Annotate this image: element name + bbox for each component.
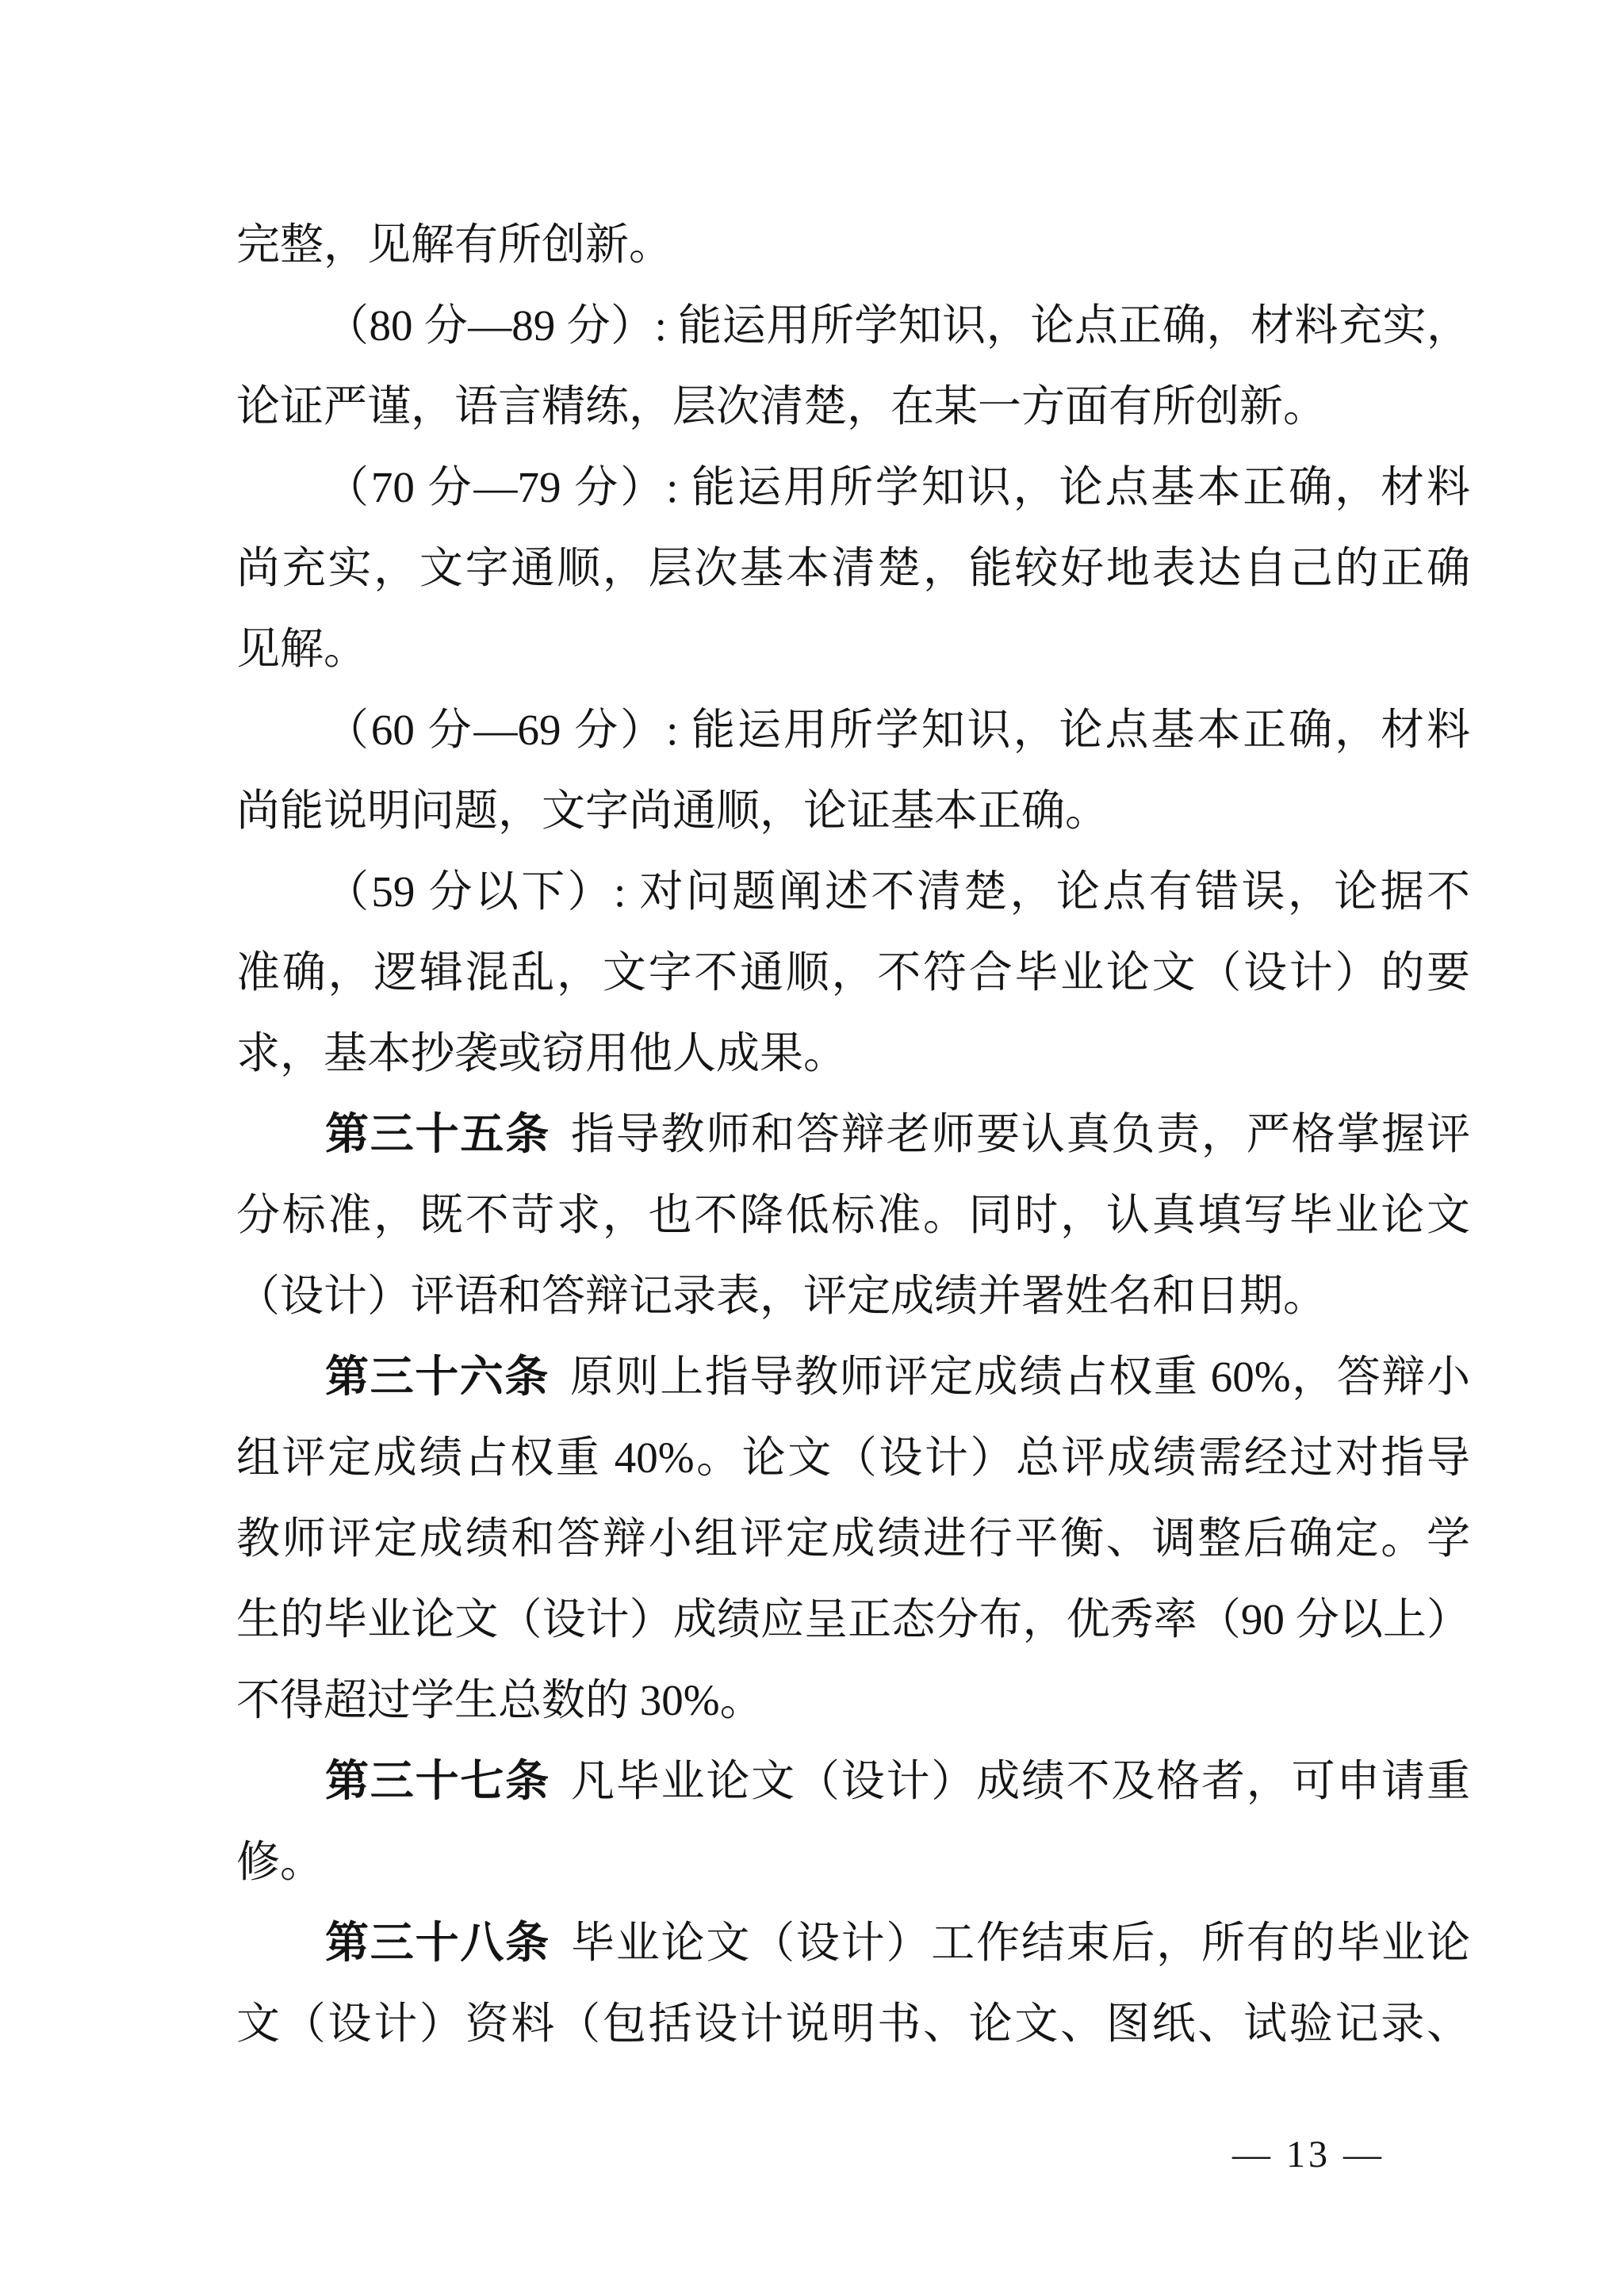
text-line: 分标准，既不苛求，也不降低标准。同时，认真填写毕业论文 <box>236 1175 1470 1256</box>
document-body: 完整，见解有所创新。（80 分—89 分）: 能运用所学知识，论点正确，材料充实… <box>236 205 1470 2064</box>
line-text: 尚充实，文字通顺，层次基本清楚，能较好地表达自己的正确 <box>236 544 1470 592</box>
document-page: 完整，见解有所创新。（80 分—89 分）: 能运用所学知识，论点正确，材料充实… <box>0 0 1624 2296</box>
article-number: 第三十七条 <box>325 1757 550 1805</box>
text-line: 第三十六条原则上指导教师评定成绩占权重 60%，答辩小 <box>236 1337 1470 1418</box>
text-line: 尚充实，文字通顺，层次基本清楚，能较好地表达自己的正确 <box>236 528 1470 609</box>
line-text: （设计）评语和答辩记录表，评定成绩并署姓名和日期。 <box>236 1272 1327 1320</box>
line-text: 求，基本抄袭或窃用他人成果。 <box>236 1029 847 1077</box>
line-text: 尚能说明问题，文字尚通顺，论证基本正确。 <box>236 786 1109 835</box>
line-text: 修。 <box>236 1838 324 1886</box>
text-line: 第三十五条指导教师和答辩老师要认真负责，严格掌握评 <box>236 1094 1470 1175</box>
text-line: （设计）评语和答辩记录表，评定成绩并署姓名和日期。 <box>236 1256 1470 1337</box>
line-text: （60 分—69 分）: 能运用所学知识，论点基本正确，材料 <box>325 706 1470 754</box>
line-text: 指导教师和答辩老师要认真负责，严格掌握评 <box>571 1110 1470 1158</box>
line-text: 文（设计）资料（包括设计说明书、论文、图纸、试验记录、 <box>236 1999 1470 2048</box>
page-number: — 13 — <box>1189 2126 1427 2183</box>
line-text: 凡毕业论文（设计）成绩不及格者，可申请重 <box>571 1757 1470 1805</box>
line-text: 分标准，既不苛求，也不降低标准。同时，认真填写毕业论文 <box>236 1191 1470 1239</box>
text-line: 文（设计）资料（包括设计说明书、论文、图纸、试验记录、 <box>236 1984 1470 2064</box>
text-line: 不得超过学生总数的 30%。 <box>236 1660 1470 1741</box>
article-number: 第三十八条 <box>325 1919 550 1967</box>
text-line: （59 分以下）: 对问题阐述不清楚，论点有错误，论据不 <box>236 851 1470 932</box>
text-line: （80 分—89 分）: 能运用所学知识，论点正确，材料充实， <box>236 285 1470 366</box>
line-text: 毕业论文（设计）工作结束后，所有的毕业论 <box>571 1919 1470 1967</box>
article-number: 第三十六条 <box>325 1353 550 1401</box>
line-text: （70 分—79 分）: 能运用所学知识，论点基本正确，材料 <box>325 463 1470 511</box>
text-line: （70 分—79 分）: 能运用所学知识，论点基本正确，材料 <box>236 447 1470 528</box>
line-text: 完整，见解有所创新。 <box>236 220 672 269</box>
text-line: 修。 <box>236 1822 1470 1903</box>
article-number: 第三十五条 <box>325 1110 550 1158</box>
text-line: 尚能说明问题，文字尚通顺，论证基本正确。 <box>236 771 1470 851</box>
text-line: 组评定成绩占权重 40%。论文（设计）总评成绩需经过对指导 <box>236 1418 1470 1498</box>
text-line: 完整，见解有所创新。 <box>236 205 1470 285</box>
text-line: 论证严谨，语言精练，层次清楚，在某一方面有所创新。 <box>236 366 1470 447</box>
text-line: 准确，逻辑混乱，文字不通顺，不符合毕业论文（设计）的要 <box>236 932 1470 1013</box>
text-line: 教师评定成绩和答辩小组评定成绩进行平衡、调整后确定。学 <box>236 1498 1470 1579</box>
line-text: 生的毕业论文（设计）成绩应呈正态分布，优秀率（90 分以上） <box>236 1595 1470 1644</box>
line-text: 论证严谨，语言精练，层次清楚，在某一方面有所创新。 <box>236 382 1327 430</box>
line-text: 组评定成绩占权重 40%。论文（设计）总评成绩需经过对指导 <box>236 1433 1470 1482</box>
text-line: 第三十八条毕业论文（设计）工作结束后，所有的毕业论 <box>236 1903 1470 1984</box>
text-line: 第三十七条凡毕业论文（设计）成绩不及格者，可申请重 <box>236 1741 1470 1822</box>
line-text: （80 分—89 分）: 能运用所学知识，论点正确，材料充实， <box>325 301 1470 350</box>
text-line: 生的毕业论文（设计）成绩应呈正态分布，优秀率（90 分以上） <box>236 1579 1470 1660</box>
text-line: （60 分—69 分）: 能运用所学知识，论点基本正确，材料 <box>236 690 1470 771</box>
line-text: 不得超过学生总数的 30%。 <box>236 1676 764 1724</box>
line-text: （59 分以下）: 对问题阐述不清楚，论点有错误，论据不 <box>325 867 1470 916</box>
text-line: 求，基本抄袭或窃用他人成果。 <box>236 1013 1470 1094</box>
line-text: 教师评定成绩和答辩小组评定成绩进行平衡、调整后确定。学 <box>236 1514 1470 1563</box>
line-text: 准确，逻辑混乱，文字不通顺，不符合毕业论文（设计）的要 <box>236 948 1470 997</box>
text-line: 见解。 <box>236 609 1470 690</box>
line-text: 原则上指导教师评定成绩占权重 60%，答辩小 <box>570 1353 1470 1401</box>
line-text: 见解。 <box>236 625 367 673</box>
